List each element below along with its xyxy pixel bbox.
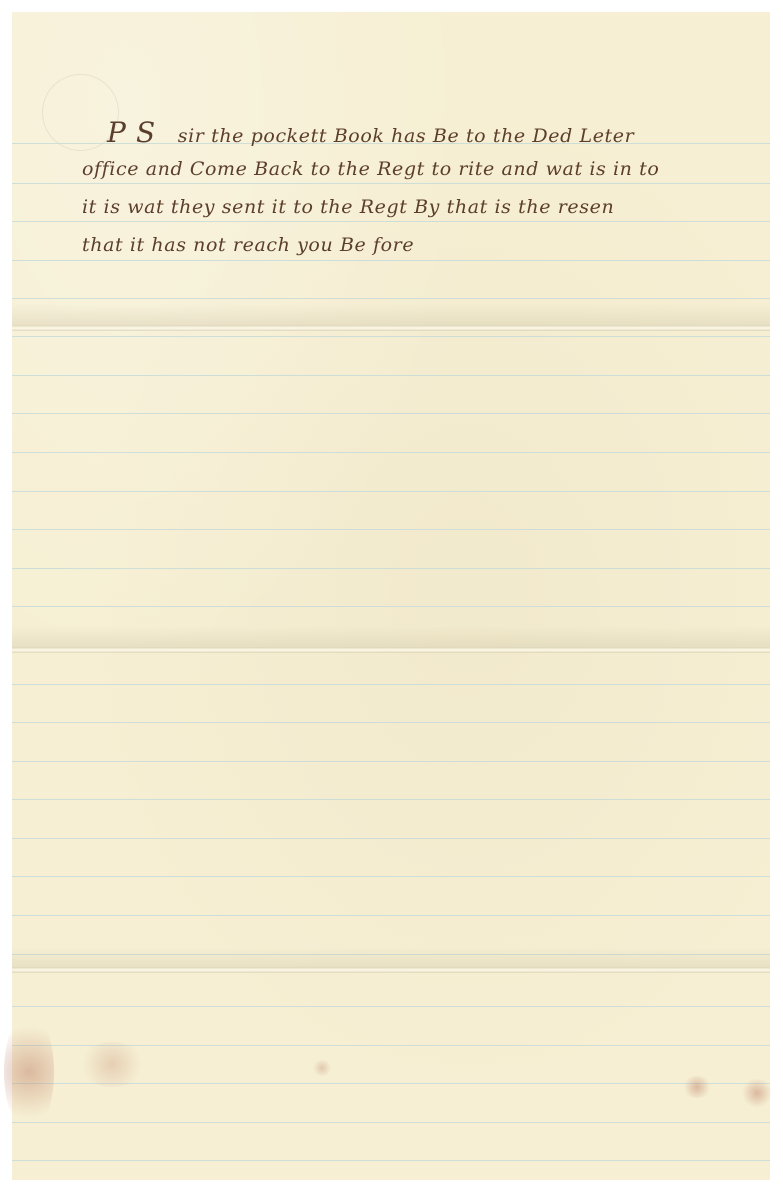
ruled-line bbox=[12, 413, 770, 414]
ruled-line bbox=[12, 1122, 770, 1123]
stain bbox=[312, 1060, 332, 1076]
ruled-line bbox=[12, 876, 770, 877]
handwritten-line-2: office and Come Back to the Regt to rite… bbox=[82, 158, 659, 180]
ruled-line bbox=[12, 336, 770, 337]
paper-fold bbox=[12, 647, 770, 653]
ruled-line bbox=[12, 838, 770, 839]
ruled-line bbox=[12, 375, 770, 376]
ruled-line bbox=[12, 529, 770, 530]
ruled-line bbox=[12, 568, 770, 569]
handwritten-line-1: P Ssir the pockett Book has Be to the De… bbox=[107, 116, 634, 149]
ruled-line bbox=[12, 722, 770, 723]
ruled-line bbox=[12, 1160, 770, 1161]
ruled-line bbox=[12, 761, 770, 762]
ruled-line bbox=[12, 452, 770, 453]
line-text: sir the pockett Book has Be to the Ded L… bbox=[178, 125, 635, 147]
postscript-initials: P S bbox=[107, 116, 156, 149]
stain bbox=[682, 1076, 712, 1098]
ruled-line bbox=[12, 799, 770, 800]
ruled-line bbox=[12, 221, 770, 222]
ruled-line bbox=[12, 915, 770, 916]
stain bbox=[77, 1042, 147, 1087]
paper-fold bbox=[12, 325, 770, 331]
ruled-line bbox=[12, 1006, 770, 1007]
ruled-line bbox=[12, 606, 770, 607]
ruled-line bbox=[12, 491, 770, 492]
handwritten-line-4: that it has not reach you Be fore bbox=[82, 234, 414, 256]
stain bbox=[4, 1012, 54, 1132]
stain bbox=[742, 1078, 772, 1108]
handwritten-line-3: it is wat they sent it to the Regt By th… bbox=[82, 196, 614, 218]
paper-fold bbox=[12, 967, 770, 973]
ruled-line bbox=[12, 183, 770, 184]
ruled-line bbox=[12, 298, 770, 299]
ruled-line bbox=[12, 260, 770, 261]
ruled-line bbox=[12, 684, 770, 685]
letter-paper: P Ssir the pockett Book has Be to the De… bbox=[12, 12, 770, 1180]
